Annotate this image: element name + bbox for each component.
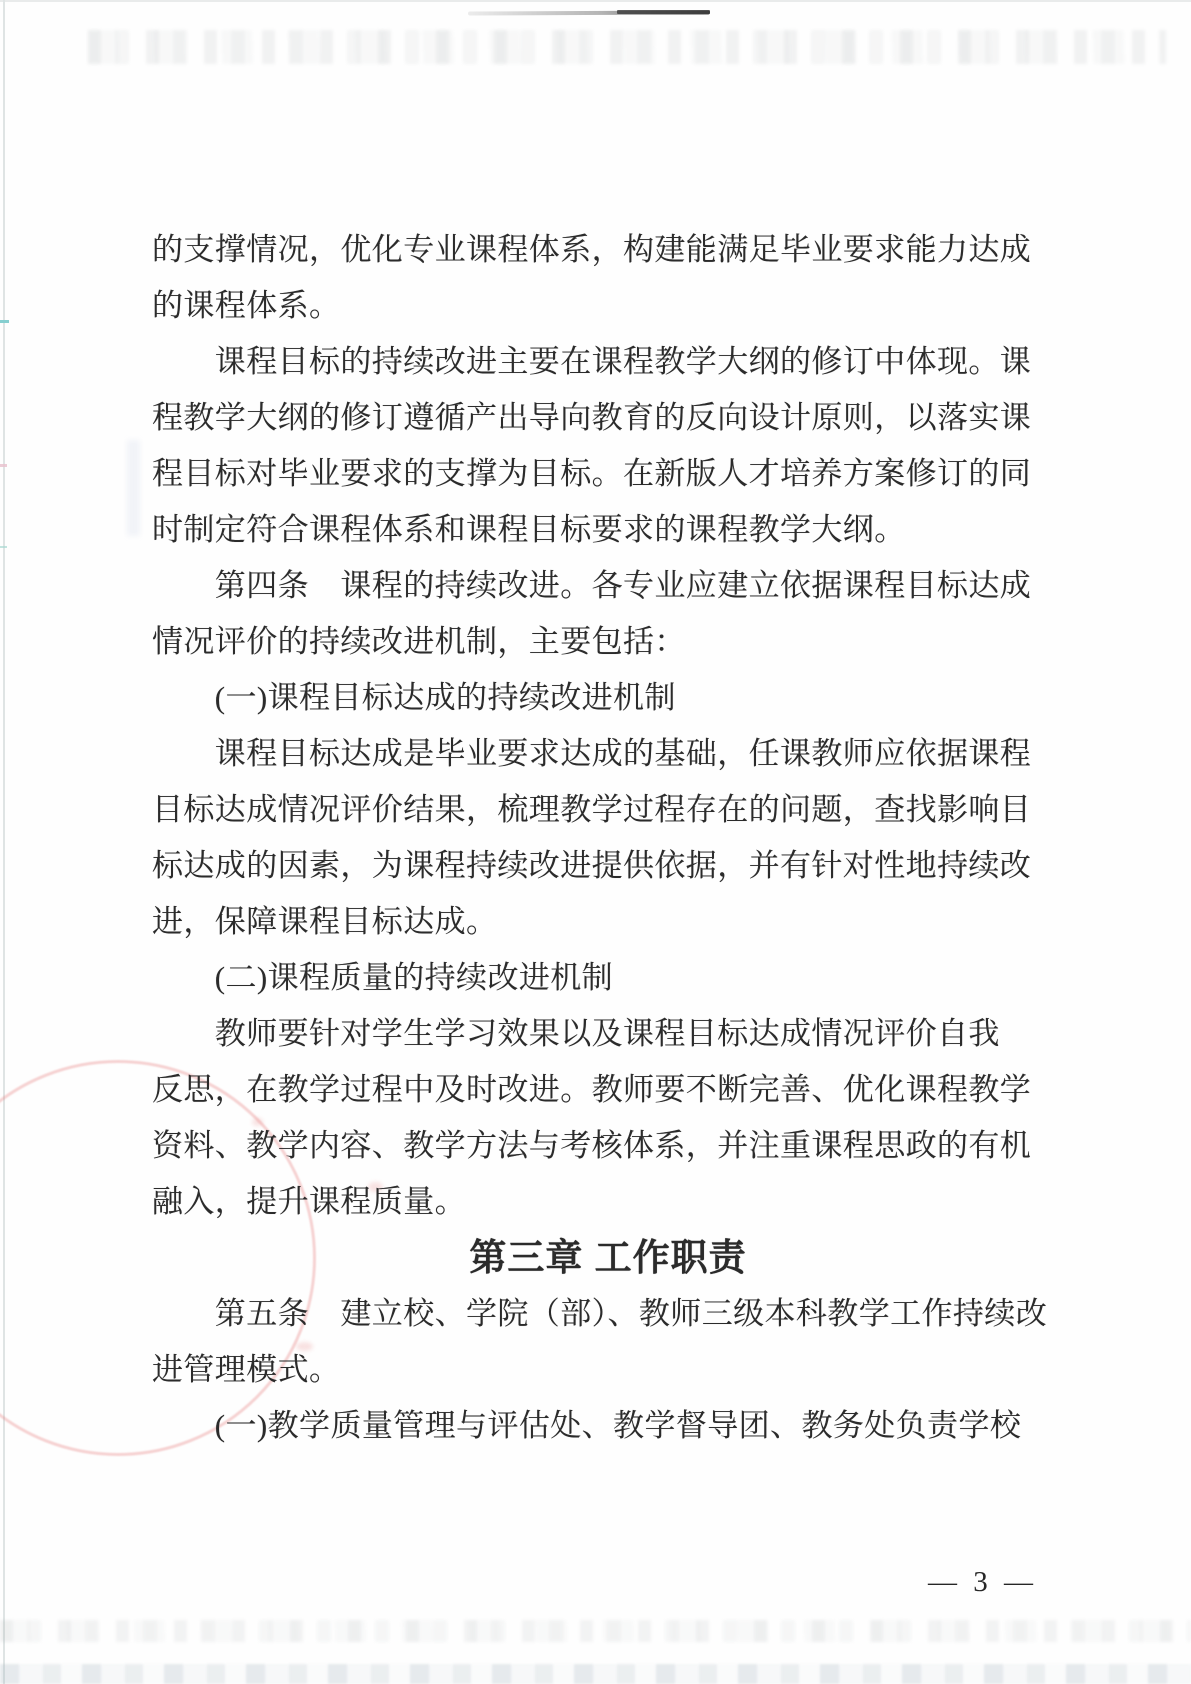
- text-line: 课程目标达成是毕业要求达成的基础，任课教师应依据课程: [152, 726, 1034, 782]
- text-line: 反思，在教学过程中及时改进。教师要不断完善、优化课程教学: [152, 1062, 1034, 1118]
- text-line: 标达成的因素，为课程持续改进提供依据，并有针对性地持续改: [152, 838, 1034, 894]
- text-line: 的支撑情况，优化专业课程体系，构建能满足毕业要求能力达成: [152, 222, 1034, 278]
- text-line: (二)课程质量的持续改进机制: [152, 950, 1034, 1006]
- text-line: 进管理模式。: [152, 1342, 1034, 1398]
- document-page: 的支撑情况，优化专业课程体系，构建能满足毕业要求能力达成的课程体系。 课程目标的…: [0, 0, 1191, 1684]
- chapter-heading: 第三章 工作职责: [152, 1230, 1034, 1286]
- text-line: 融入，提升课程质量。: [152, 1174, 1034, 1230]
- text-line: 时制定符合课程体系和课程目标要求的课程教学大纲。: [152, 502, 1034, 558]
- text-line: 程目标对毕业要求的支撑为目标。在新版人才培养方案修订的同: [152, 446, 1034, 502]
- text-line: 进，保障课程目标达成。: [152, 894, 1034, 950]
- scan-left-edge-line: [3, 0, 5, 1684]
- text-line: 课程目标的持续改进主要在课程教学大纲的修订中体现。课: [152, 334, 1034, 390]
- scan-edge-tick-teal-2: [0, 546, 7, 548]
- text-line: 资料、教学内容、教学方法与考核体系，并注重课程思政的有机: [152, 1118, 1034, 1174]
- scan-edge-tick-pink: [0, 464, 7, 467]
- scan-ghost-text-band-top: [88, 30, 1166, 64]
- text-line: 第五条 建立校、学院（部）、教师三级本科教学工作持续改: [152, 1286, 1034, 1342]
- text-line: 目标达成情况评价结果，梳理教学过程存在的问题，查找影响目: [152, 782, 1034, 838]
- text-line: (一)课程目标达成的持续改进机制: [152, 670, 1034, 726]
- scan-ghost-text-band-bottom: [0, 1620, 1191, 1642]
- text-line: 情况评价的持续改进机制，主要包括：: [152, 614, 1034, 670]
- text-line: 的课程体系。: [152, 278, 1034, 334]
- scan-ghost-text-band-bottom-edge: [0, 1664, 1191, 1684]
- text-line: 程教学大纲的修订遵循产出导向教育的反向设计原则，以落实课: [152, 390, 1034, 446]
- text-line: (一)教学质量管理与评估处、教学督导团、教务处负责学校: [152, 1398, 1034, 1454]
- text-line: 教师要针对学生学习效果以及课程目标达成情况评价自我: [152, 1006, 1034, 1062]
- scan-top-edge-line: [0, 0, 1191, 2]
- scan-streak-dark-artifact: [617, 10, 710, 14]
- scan-edge-tick-teal: [0, 320, 9, 323]
- document-text-column: 的支撑情况，优化专业课程体系，构建能满足毕业要求能力达成的课程体系。 课程目标的…: [152, 222, 1034, 1454]
- scan-blue-smudge: [127, 440, 140, 536]
- page-number: — 3 —: [928, 1566, 1033, 1599]
- text-line: 第四条 课程的持续改进。各专业应建立依据课程目标达成: [152, 558, 1034, 614]
- scan-streak-artifact: [468, 10, 710, 15]
